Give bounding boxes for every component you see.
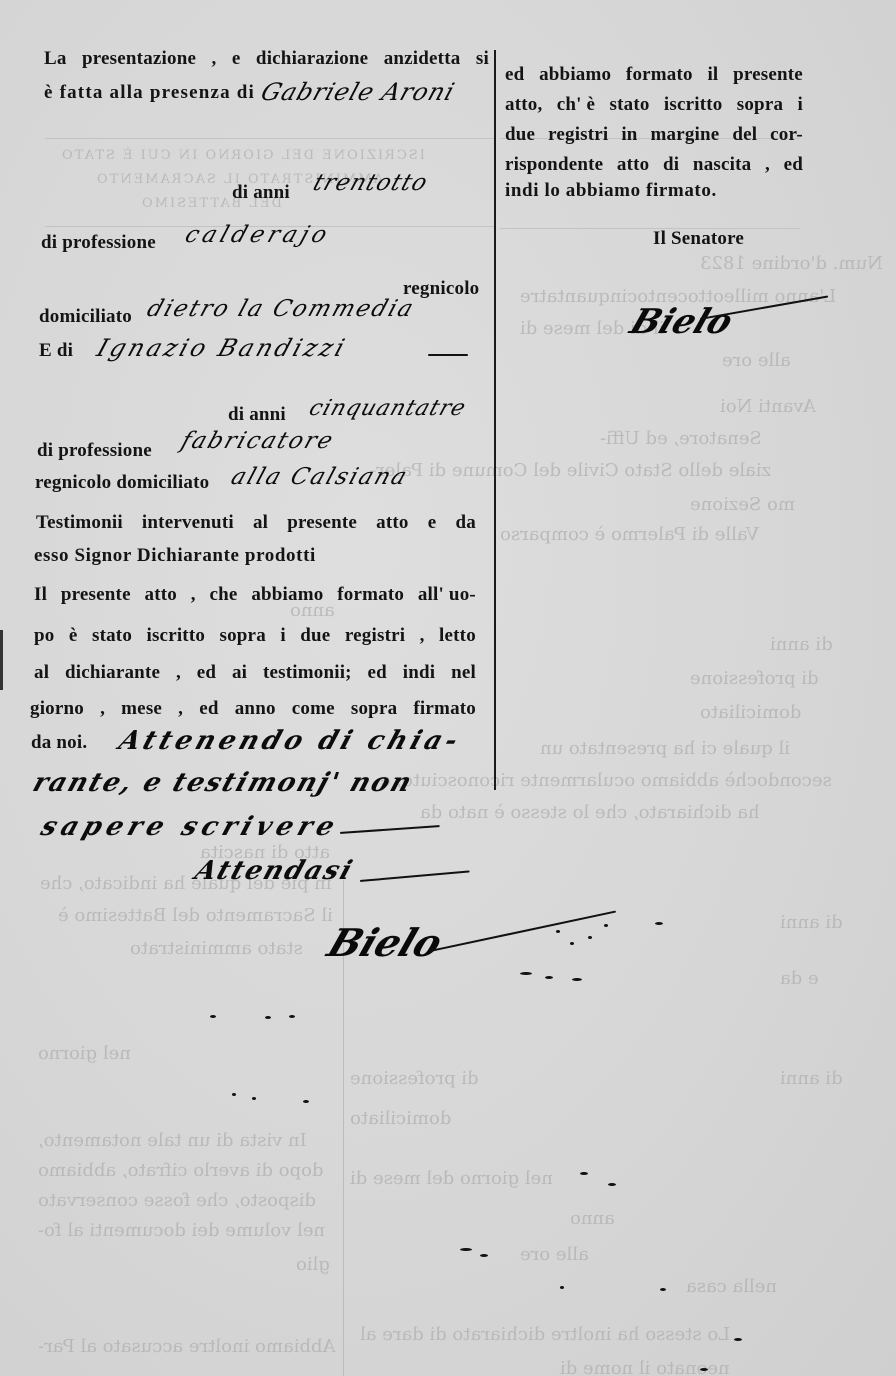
word: nascita bbox=[693, 150, 751, 179]
word: intervenuti bbox=[142, 508, 234, 537]
word: cor- bbox=[770, 120, 803, 149]
word: sopra bbox=[737, 90, 783, 119]
bleed-left-line: il Sacramento del Battesimo è bbox=[58, 905, 333, 926]
word: che bbox=[209, 580, 237, 609]
bleed-left-line: nel volume dei documenti al fo- bbox=[38, 1220, 325, 1241]
senator-signature: Bielo bbox=[625, 302, 738, 342]
word: ed bbox=[368, 658, 387, 687]
signature-bottom: Bielo bbox=[322, 920, 449, 965]
word: sopra bbox=[220, 621, 266, 650]
ink-spot bbox=[460, 1248, 472, 1251]
word: rispondente bbox=[505, 150, 603, 179]
word: iscritto bbox=[146, 621, 205, 650]
bleed-right-line: il quale ci ha presentato un bbox=[540, 738, 790, 759]
right-line-2: atto, ch' è stato iscritto sopra i bbox=[505, 90, 803, 119]
word: i bbox=[797, 90, 802, 119]
word: , bbox=[178, 694, 183, 723]
name-dash bbox=[428, 354, 468, 356]
handwritten-note-line-4: Attendasi bbox=[191, 856, 357, 886]
ink-spot bbox=[556, 930, 560, 933]
bleed-right-line: secondochè abbiamo ocularmente riconosci… bbox=[380, 770, 832, 791]
bleed-left-line: Abbiamo inoltre accusato al Par- bbox=[38, 1336, 336, 1357]
word: giorno bbox=[30, 694, 84, 723]
word: po bbox=[34, 621, 54, 650]
bleed-right-line: nel giorno del mese di bbox=[350, 1168, 553, 1189]
bleed-right-line: alle ore bbox=[520, 1244, 589, 1265]
word: letto bbox=[439, 621, 476, 650]
witness1-age-label: di anni bbox=[232, 178, 290, 207]
witness2-label: E di bbox=[39, 336, 73, 365]
witness1-profession-handwritten: calderajo bbox=[182, 222, 334, 248]
presence-label: è fatta alla presenza di bbox=[44, 78, 255, 107]
closing-line-4: giorno , mese , ed anno come sopra firma… bbox=[30, 694, 476, 723]
word: e bbox=[232, 44, 241, 73]
word: Testimonii bbox=[36, 508, 123, 537]
word: dichiarazione bbox=[256, 44, 368, 73]
bleed-right-line: Valle di Palermo è comparso bbox=[500, 524, 759, 545]
bleed-right-line: di anni bbox=[770, 634, 833, 655]
bleed-right-line: ha dichiarato, che lo stesso è nato da bbox=[420, 802, 760, 823]
handwritten-note-line-3: sapere scrivere bbox=[37, 812, 343, 842]
word: ed bbox=[199, 694, 218, 723]
closing-line-3: al dichiarante , ed ai testimonii; ed in… bbox=[34, 658, 476, 687]
word: dichiarante bbox=[65, 658, 160, 687]
bleed-header-1: ISCRIZIONE DEL GIORNO IN CUI È STATO bbox=[60, 148, 425, 163]
bleed-left-line: glio bbox=[296, 1254, 330, 1275]
right-line-5: indi lo abbiamo firmato. bbox=[505, 176, 717, 205]
word: ed bbox=[197, 658, 216, 687]
word: all' uo- bbox=[418, 580, 476, 609]
handwritten-note-line-2: rante, e testimonj' non bbox=[29, 768, 417, 798]
bleed-right-line: nella casa bbox=[686, 1276, 777, 1297]
ink-spot bbox=[580, 1172, 588, 1175]
bleed-left-line: stato amministrato bbox=[130, 938, 303, 959]
word: mese bbox=[121, 694, 162, 723]
ink-spot bbox=[655, 922, 663, 925]
word: anno bbox=[235, 694, 276, 723]
ink-spot bbox=[252, 1097, 256, 1100]
bleed-left-line: disposto, che fosse conservato bbox=[38, 1190, 316, 1211]
word: , bbox=[100, 694, 105, 723]
bleed-right-line: di professione bbox=[690, 668, 819, 689]
bleed-right-line: mo Sezione bbox=[690, 494, 795, 515]
word: registri bbox=[548, 120, 608, 149]
word: stato bbox=[92, 621, 132, 650]
ink-spot bbox=[570, 942, 574, 945]
ink-spot bbox=[700, 1368, 708, 1371]
bleed-rule bbox=[500, 228, 800, 229]
closing-line-1: Il presente atto , che abbiamo formato a… bbox=[34, 580, 476, 609]
flourish-line bbox=[360, 870, 470, 882]
word: ed bbox=[784, 150, 803, 179]
word: atto, bbox=[505, 90, 542, 119]
word: firmato bbox=[413, 694, 476, 723]
word: registri bbox=[345, 621, 405, 650]
word: presente bbox=[61, 580, 131, 609]
testimonii-line-1: Testimonii intervenuti al presente atto … bbox=[36, 508, 476, 537]
witness2-profession-handwritten: fabricatore bbox=[178, 428, 338, 454]
bleed-right-line: anno bbox=[570, 1208, 615, 1229]
word: formato bbox=[626, 60, 693, 89]
bleed-left-line: In vista di un tale notamento, bbox=[38, 1130, 307, 1151]
ink-spot bbox=[303, 1100, 309, 1103]
word: come bbox=[292, 694, 335, 723]
witness1-domicile-label: domiciliato bbox=[39, 302, 132, 331]
word: ed bbox=[505, 60, 524, 89]
ink-spot bbox=[232, 1093, 236, 1096]
left-edge-mark bbox=[0, 630, 3, 690]
testimonii-line-2: esso Signor Dichiarante prodotti bbox=[34, 541, 316, 570]
ink-spot bbox=[480, 1254, 488, 1257]
flourish-line bbox=[340, 825, 440, 834]
witness1-name-handwritten: Gabriele Aroni bbox=[257, 78, 458, 106]
witness2-domicile-label: regnicolo domiciliato bbox=[35, 468, 209, 497]
bleed-right-line: Senatore, ed Uffi- bbox=[600, 428, 762, 449]
witness2-name-handwritten: Ignazio Bandizzi bbox=[93, 334, 351, 362]
bleed-left-line: nel giorno bbox=[38, 1043, 131, 1064]
right-line-1: ed abbiamo formato il presente bbox=[505, 60, 803, 89]
witness2-age-handwritten: cinquantatre bbox=[306, 396, 470, 421]
word: presente bbox=[733, 60, 803, 89]
column-divider bbox=[494, 50, 496, 790]
bleed-right-line: ziale dello Stato Civile del Comune di P… bbox=[370, 460, 771, 481]
right-line-3: due registri in margine del cor- bbox=[505, 120, 803, 149]
bleed-right-line: Avanti Noi bbox=[720, 396, 816, 417]
bleed-right-line: e da bbox=[780, 968, 819, 989]
witness1-profession-label: di professione bbox=[41, 228, 156, 257]
ink-spot bbox=[289, 1015, 295, 1018]
word: i bbox=[280, 621, 285, 650]
bleed-right-line: alle ore bbox=[722, 350, 791, 371]
word: Il bbox=[34, 580, 47, 609]
word: di bbox=[663, 150, 679, 179]
ink-spot bbox=[734, 1338, 742, 1341]
witness1-age-handwritten: trentotto bbox=[310, 170, 432, 196]
word: abbiamo bbox=[251, 580, 323, 609]
word: margine bbox=[650, 120, 719, 149]
bleed-right-line: domiciliato bbox=[350, 1108, 451, 1129]
bleed-right-line: di anni bbox=[780, 912, 843, 933]
bleed-right-line: neonato il nome di bbox=[560, 1358, 730, 1376]
word: indi bbox=[403, 658, 436, 687]
closing-line-2: po è stato iscritto sopra i due registri… bbox=[34, 621, 476, 650]
ink-spot bbox=[660, 1288, 666, 1291]
word: due bbox=[300, 621, 330, 650]
word: al bbox=[253, 508, 268, 537]
word: atto bbox=[376, 508, 408, 537]
word: da bbox=[455, 508, 475, 537]
word: e bbox=[428, 508, 437, 537]
word: La bbox=[44, 44, 67, 73]
witness1-domicile-handwritten: dietro la Commedia bbox=[144, 296, 418, 322]
word: atto bbox=[145, 580, 177, 609]
word: sopra bbox=[351, 694, 397, 723]
ink-spot bbox=[588, 936, 592, 939]
bleed-right-line: Lo stesso ha inoltre dichiarato di dare … bbox=[360, 1324, 730, 1345]
bleed-right-line: Num. d'ordine 1823 bbox=[700, 253, 883, 274]
ink-spot bbox=[608, 1183, 616, 1186]
word: due bbox=[505, 120, 535, 149]
handwritten-note-line-1: Attenendo di chia- bbox=[115, 726, 465, 756]
word: ai bbox=[232, 658, 247, 687]
bleed-right-line: di anni bbox=[780, 1068, 843, 1089]
closing-line-5: da noi. bbox=[31, 728, 87, 757]
bleed-left-line: dopo di averlo cifrato, abbiamo bbox=[38, 1160, 323, 1181]
word: , bbox=[420, 621, 425, 650]
right-line-4: rispondente atto di nascita , ed bbox=[505, 150, 803, 179]
ink-spot bbox=[604, 924, 608, 927]
word: , bbox=[176, 658, 181, 687]
witness2-age-label: di anni bbox=[228, 400, 286, 429]
word: il bbox=[707, 60, 718, 89]
ink-spot bbox=[545, 976, 553, 979]
word: abbiamo bbox=[539, 60, 611, 89]
ink-spot bbox=[520, 972, 532, 975]
ink-spot bbox=[560, 1286, 564, 1289]
word: è bbox=[69, 621, 78, 650]
word: anzidetta bbox=[384, 44, 461, 73]
word: presente bbox=[287, 508, 357, 537]
bleed-right-line: di professione bbox=[350, 1068, 479, 1089]
ink-spot bbox=[265, 1016, 271, 1019]
signature-flourish bbox=[430, 911, 616, 952]
word: stato bbox=[610, 90, 650, 119]
intro-line-1: La presentazione , e dichiarazione anzid… bbox=[44, 44, 489, 73]
word: testimonii; bbox=[263, 658, 352, 687]
word: formato bbox=[337, 580, 404, 609]
word: atto bbox=[617, 150, 649, 179]
word: si bbox=[476, 44, 489, 73]
signer-title: Il Senatore bbox=[653, 224, 744, 253]
witness2-domicile-handwritten: alla Calsiana bbox=[228, 464, 412, 490]
witness2-profession-label: di professione bbox=[37, 436, 152, 465]
ink-spot bbox=[210, 1015, 216, 1018]
word: , bbox=[765, 150, 770, 179]
word: , bbox=[191, 580, 196, 609]
ink-spot bbox=[572, 978, 582, 981]
word: ch' è bbox=[557, 90, 595, 119]
word: , bbox=[212, 44, 217, 73]
word: del bbox=[732, 120, 757, 149]
word: presentazione bbox=[82, 44, 196, 73]
document-page: ISCRIZIONE DEL GIORNO IN CUI È STATO AMM… bbox=[0, 0, 896, 1376]
word: al bbox=[34, 658, 49, 687]
word: nel bbox=[451, 658, 476, 687]
bleed-right-line: domiciliato bbox=[700, 702, 801, 723]
word: iscritto bbox=[664, 90, 723, 119]
word: in bbox=[621, 120, 637, 149]
bleed-rule bbox=[45, 138, 495, 139]
